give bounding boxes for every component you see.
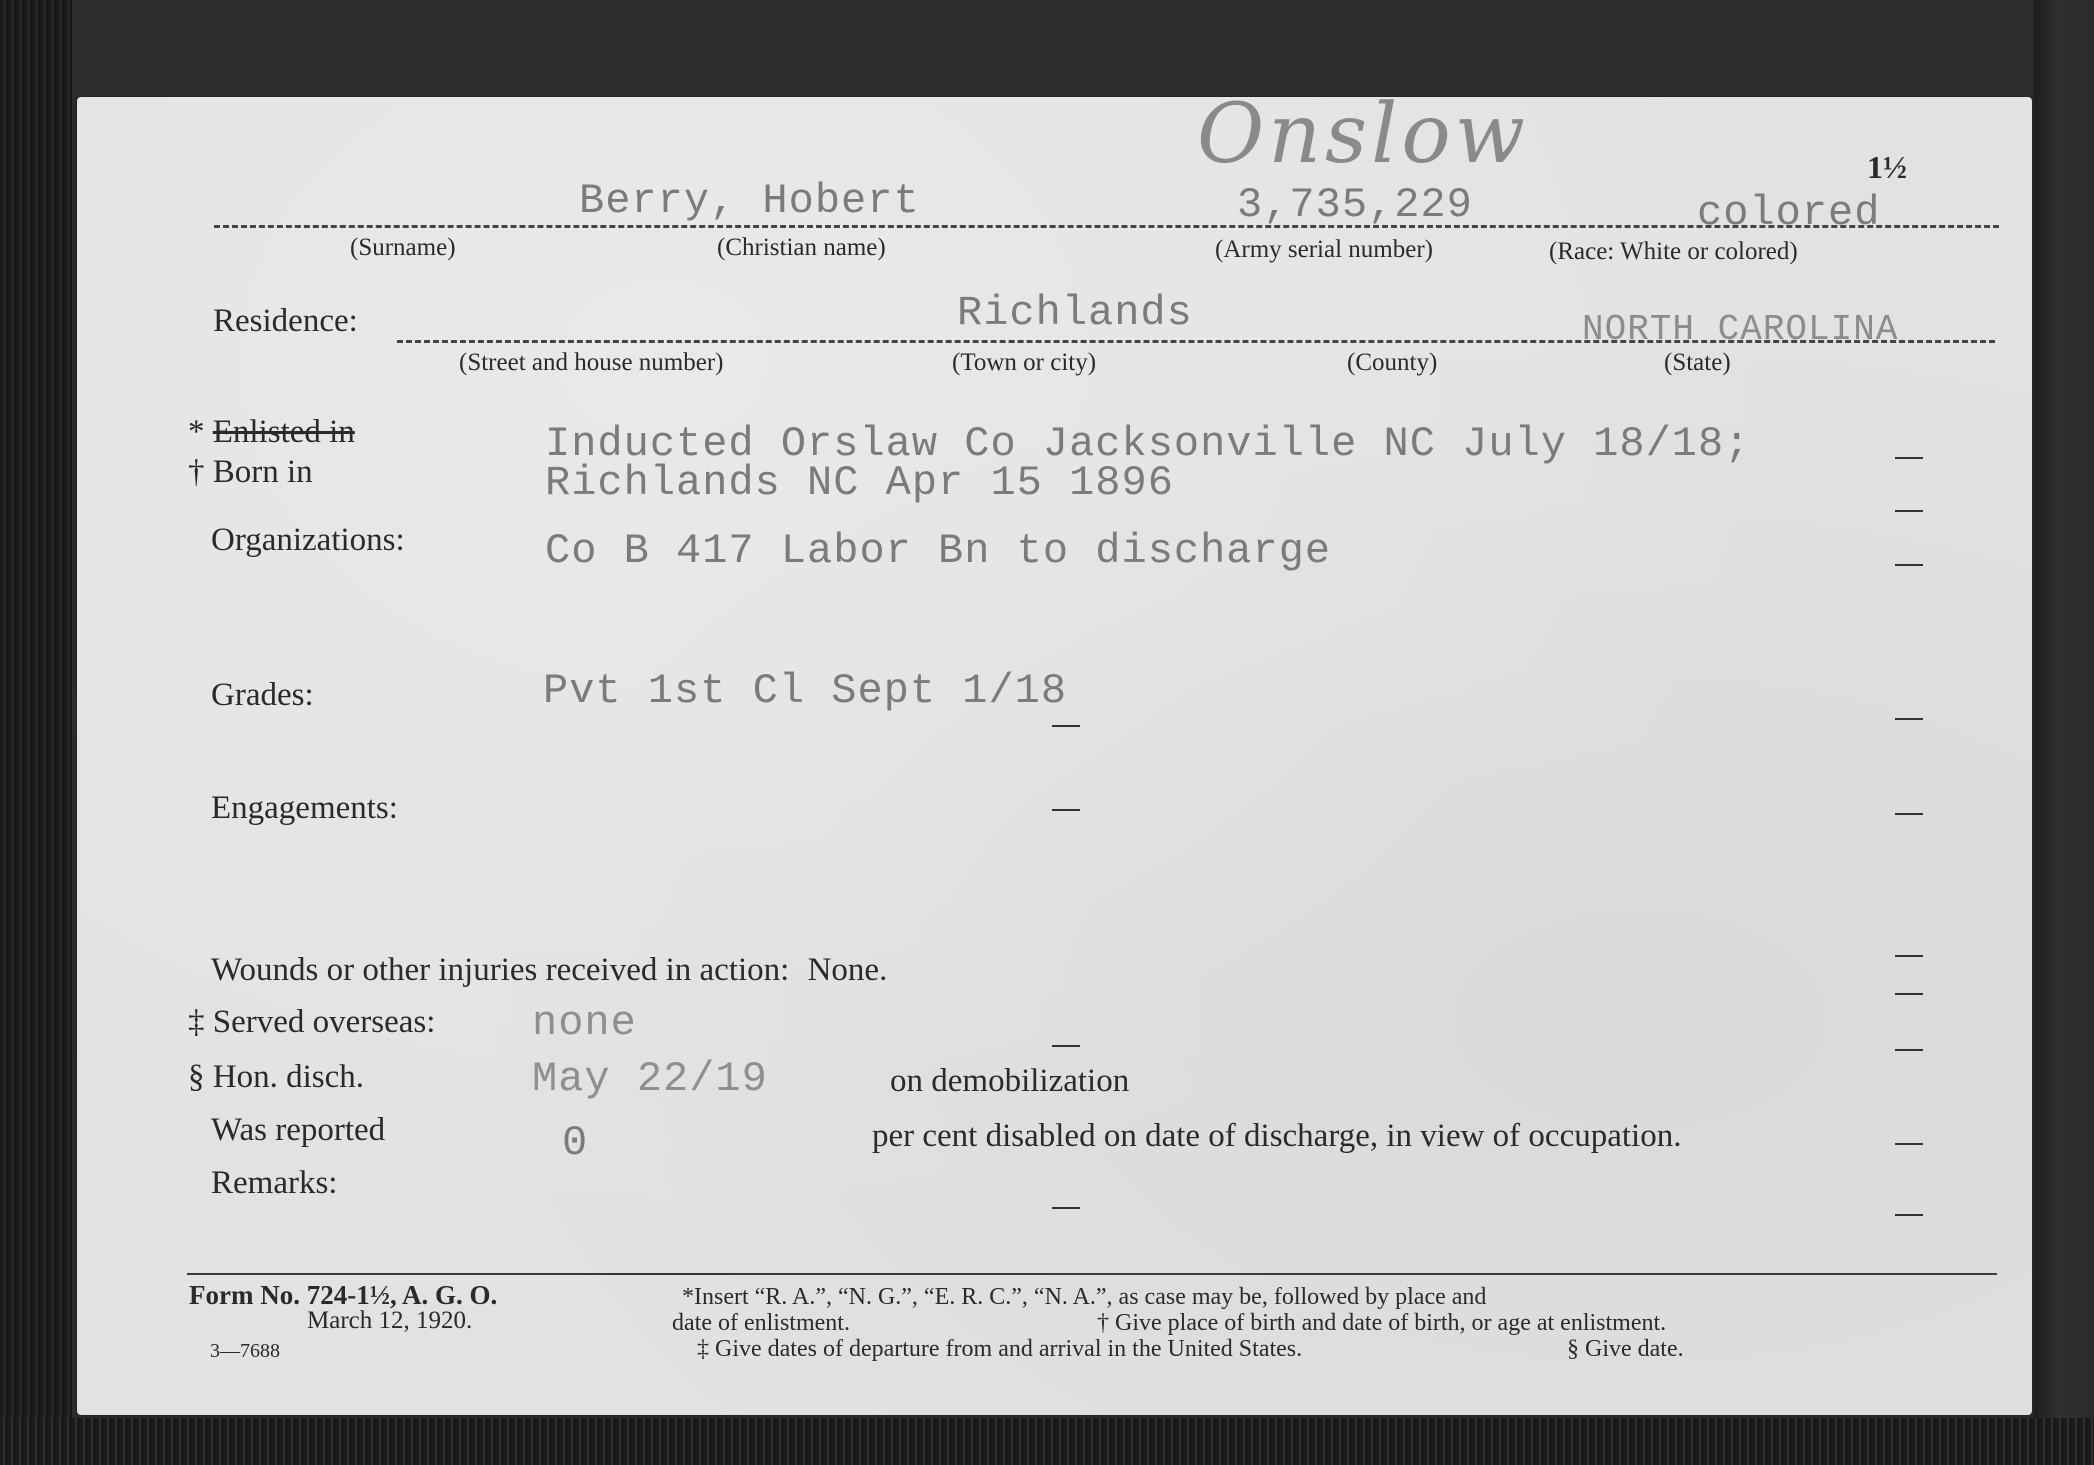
service-record-card: Onslow 1½ Berry, Hobert 3,735,229 colore… [77, 97, 2032, 1415]
disability-value: 0 [562, 1119, 588, 1167]
residence-dashed-line [397, 340, 1995, 343]
form-fraction: 1½ [1867, 149, 1907, 186]
overseas-label: ‡ Served overseas: [188, 1004, 435, 1041]
discharge-marker: § [188, 1059, 205, 1095]
organizations-label: Organizations: [211, 522, 405, 559]
footnote-insert: *Insert “R. A.”, “N. G.”, “E. R. C.”, “N… [682, 1283, 1486, 1311]
handwritten-county: Onslow [1197, 87, 1529, 182]
header-dashed-line [214, 225, 1999, 228]
enlisted-marker: * [188, 414, 205, 450]
enlisted-label-text: Enlisted in [213, 414, 355, 450]
margin-dash [1052, 809, 1080, 811]
wounds-label: Wounds or other injuries received in act… [211, 952, 789, 988]
discharge-label-text: Hon. disch. [213, 1059, 364, 1095]
grades-label: Grades: [211, 677, 314, 714]
discharge-value: May 22/19 [532, 1055, 768, 1103]
race-value: colored [1697, 189, 1880, 237]
margin-dash [1895, 1049, 1923, 1051]
born-label-text: Born in [213, 454, 313, 490]
engagements-label: Engagements: [211, 790, 398, 827]
margin-dash [1895, 1214, 1923, 1216]
overseas-marker: ‡ [188, 1004, 205, 1040]
caption-christian-name: (Christian name) [717, 234, 886, 262]
margin-dash [1895, 813, 1923, 815]
footnote-birth: † Give place of birth and date of birth,… [1097, 1309, 1666, 1337]
serial-number-value: 3,735,229 [1237, 181, 1473, 229]
margin-dash [1052, 725, 1080, 727]
disability-suffix: per cent disabled on date of discharge, … [872, 1118, 1681, 1155]
remarks-label: Remarks: [211, 1165, 337, 1202]
form-number: Form No. 724-1½, A. G. O. [189, 1281, 497, 1309]
margin-dash [1895, 993, 1923, 995]
discharge-label: § Hon. disch. [188, 1059, 364, 1096]
footnote-insert-cont: date of enlistment. [672, 1309, 850, 1337]
form-date: March 12, 1920. [307, 1307, 472, 1335]
residence-town-value: Richlands [957, 289, 1193, 337]
residence-label: Residence: [213, 303, 358, 340]
disability-label: Was reported [211, 1112, 385, 1149]
organizations-value: Co B 417 Labor Bn to discharge [545, 527, 1331, 575]
grades-value: Pvt 1st Cl Sept 1/18 [543, 667, 1067, 715]
overseas-value: none [532, 999, 637, 1047]
overseas-label-text: Served overseas: [213, 1004, 436, 1040]
born-marker: † [188, 454, 205, 490]
margin-dash [1052, 1045, 1080, 1047]
caption-state: (State) [1664, 349, 1731, 377]
caption-county: (County) [1347, 349, 1437, 377]
footnote-overseas: ‡ Give dates of departure from and arriv… [697, 1335, 1302, 1363]
scanner-background-left [0, 0, 72, 1465]
wounds-value: None. [808, 952, 888, 988]
margin-dash [1895, 955, 1923, 957]
margin-dash [1895, 564, 1923, 566]
enlisted-label: * Enlisted in [188, 414, 355, 451]
footer-rule [187, 1273, 1997, 1275]
print-code: 3—7688 [210, 1337, 280, 1365]
margin-dash [1895, 1143, 1923, 1145]
name-value: Berry, Hobert [579, 177, 920, 225]
caption-serial: (Army serial number) [1215, 236, 1433, 264]
caption-town: (Town or city) [952, 349, 1096, 377]
margin-dash [1052, 1207, 1080, 1209]
margin-dash [1895, 510, 1923, 512]
margin-dash [1895, 718, 1923, 720]
caption-surname: (Surname) [350, 234, 456, 262]
margin-dash [1895, 457, 1923, 459]
wounds-row: Wounds or other injuries received in act… [211, 952, 887, 989]
residence-state-value: NORTH CAROLINA [1582, 309, 1898, 350]
scanner-background-bottom [0, 1418, 2094, 1465]
born-label: † Born in [188, 454, 313, 491]
caption-race: (Race: White or colored) [1549, 238, 1798, 266]
caption-street: (Street and house number) [459, 349, 724, 377]
born-value: Richlands NC Apr 15 1896 [545, 459, 1174, 507]
discharge-suffix: on demobilization [890, 1063, 1129, 1100]
scanner-background-right [2034, 0, 2094, 1465]
footnote-date: § Give date. [1567, 1335, 1684, 1363]
